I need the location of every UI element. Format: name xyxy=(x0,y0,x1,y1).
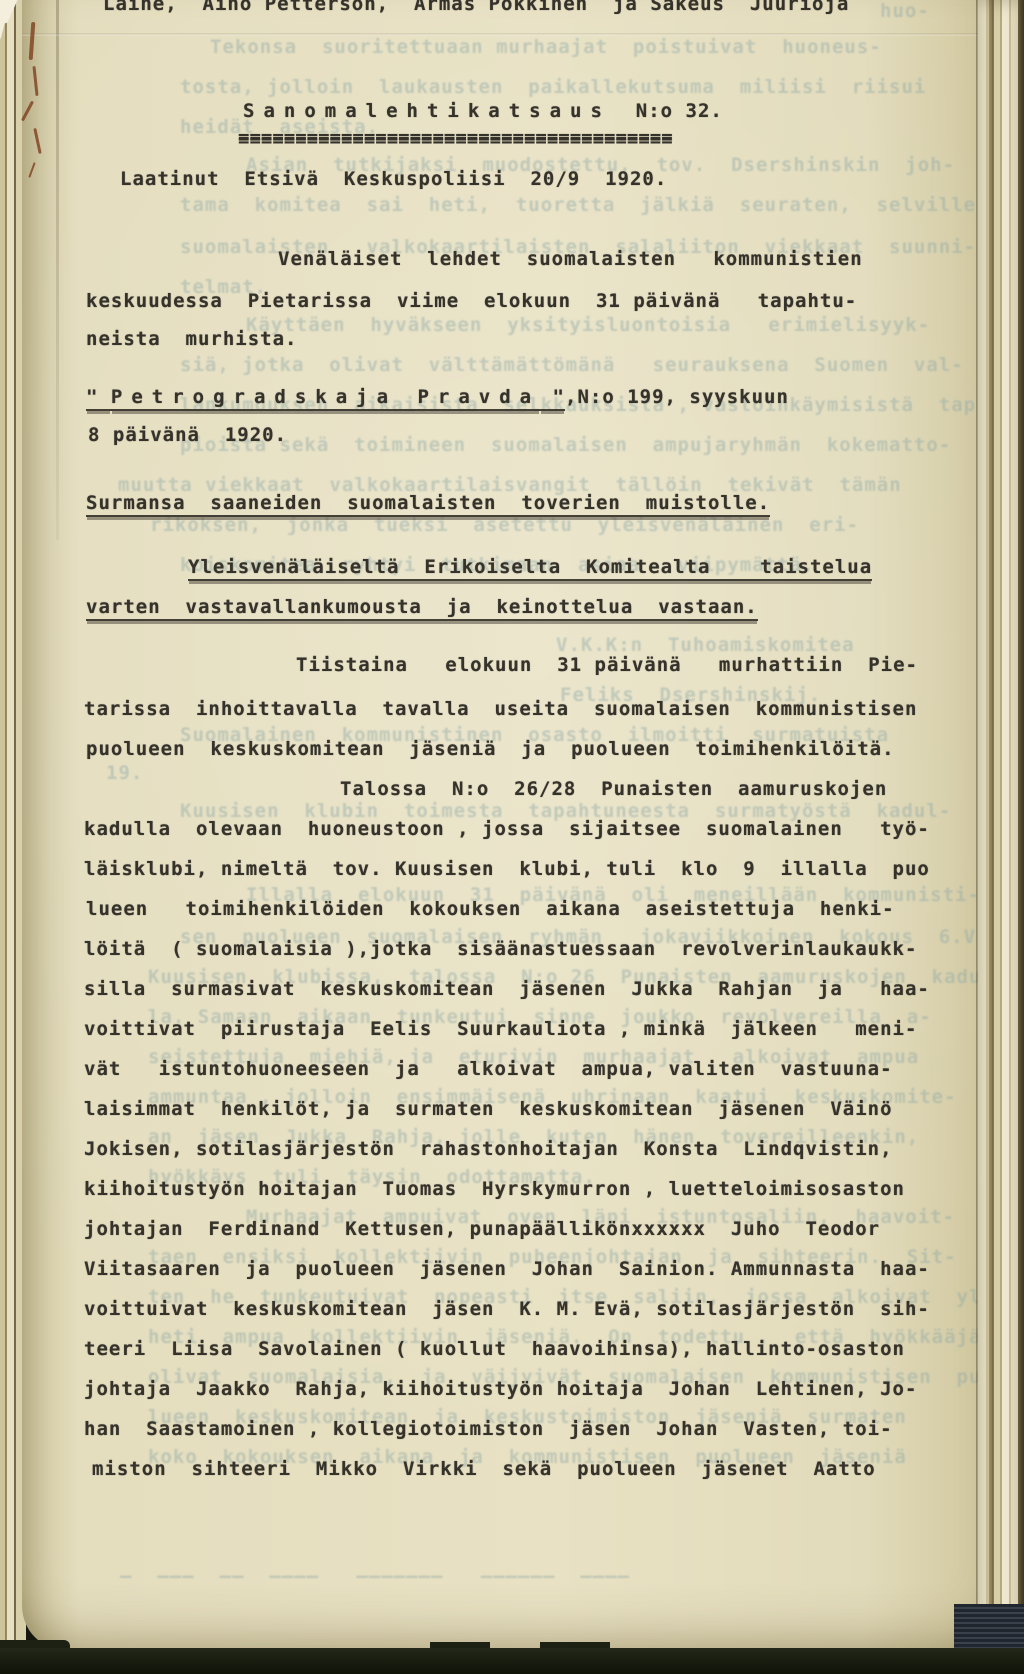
typed-text-layer: Laine, Aino Petterson, Armas Pokkinen ja… xyxy=(0,0,1024,1674)
text-run: ,N:o 199, syyskuun xyxy=(565,386,789,408)
text-run: tarissa inhoittavalla tavalla useita suo… xyxy=(84,698,917,720)
text-run: han Saastamoinen , kollegiotoimiston jäs… xyxy=(84,1418,893,1440)
text-run: ====================================== xyxy=(238,126,673,148)
typed-line: Venäläiset lehdet suomalaisten kommunist… xyxy=(278,248,863,272)
text-run: Venäläiset lehdet suomalaisten kommunist… xyxy=(278,248,863,270)
typed-line: voittuivat keskuskomitean jäsen K. M. Ev… xyxy=(84,1298,930,1322)
text-run: Tiistaina elokuun 31 päivänä murhattiin … xyxy=(296,654,918,676)
text-run: voittuivat keskuskomitean jäsen K. M. Ev… xyxy=(84,1298,930,1320)
text-run: laisimmat henkilöt, ja surmaten keskusko… xyxy=(84,1098,893,1120)
typed-line: Surmansa saaneiden suomalaisten toverien… xyxy=(86,492,770,516)
text-run: vät istuntohuoneeseen ja alkoivat ampua,… xyxy=(84,1058,893,1080)
text-run: läisklubi, nimeltä tov. Kuusisen klubi, … xyxy=(84,858,930,880)
text-run: kiihoitustyön hoitajan Tuomas Hyrskymurr… xyxy=(84,1178,905,1200)
typed-line: tarissa inhoittavalla tavalla useita suo… xyxy=(84,698,917,722)
typed-line: 8 päivänä 1920. xyxy=(88,424,287,448)
text-run: lueen toimihenkilöiden kokouksen aikana … xyxy=(86,898,895,920)
typed-line: " Petrogradskaja Pravda ",N:o 199, syysk… xyxy=(86,386,789,410)
typed-line: kadulla olevaan huoneustoon , jossa sija… xyxy=(84,818,930,842)
typed-line: Talossa N:o 26/28 Punaisten aamuruskojen xyxy=(340,778,887,802)
text-run: Yleisvenäläiseltä Erikoiselta Komitealta… xyxy=(188,556,872,581)
text-run: neista murhista. xyxy=(86,328,297,350)
typed-line: lueen toimihenkilöiden kokouksen aikana … xyxy=(86,898,895,922)
text-run: " xyxy=(540,386,565,411)
typed-line: varten vastavallankumousta ja keinottelu… xyxy=(86,596,758,620)
scanned-document: huo-Tekonsa suoritettuaan murhaajat pois… xyxy=(0,0,1024,1674)
text-run: N:o 32. xyxy=(611,100,723,122)
text-run: Laatinut Etsivä Keskuspoliisi 20/9 1920. xyxy=(120,168,667,190)
typed-line: johtajan Ferdinand Kettusen, punapäällik… xyxy=(84,1218,880,1242)
page-stack-right xyxy=(976,0,1024,1674)
typed-line: neista murhista. xyxy=(86,328,297,352)
typed-line: voittivat piirustaja Eelis Suurkauliota … xyxy=(84,1018,917,1042)
typed-line: vät istuntohuoneeseen ja alkoivat ampua,… xyxy=(84,1058,893,1082)
typed-line: keskuudessa Pietarissa viime elokuun 31 … xyxy=(86,290,857,314)
typed-line: johtaja Jaakko Rahja, kiihoitustyön hoit… xyxy=(84,1378,917,1402)
typed-line: puolueen keskuskomitean jäseniä ja puolu… xyxy=(86,738,895,762)
typed-line: Yleisvenäläiseltä Erikoiselta Komitealta… xyxy=(188,556,872,580)
typed-line: läisklubi, nimeltä tov. Kuusisen klubi, … xyxy=(84,858,930,882)
typed-line: Sanomalehtikatsaus N:o 32. xyxy=(243,100,723,124)
text-run: 8 päivänä 1920. xyxy=(88,424,287,446)
typed-line: Jokisen, sotilasjärjestön rahastonhoitaj… xyxy=(84,1138,893,1162)
typed-line: teeri Liisa Savolainen ( kuollut haavoih… xyxy=(84,1338,905,1362)
typed-line: ====================================== xyxy=(238,126,673,150)
text-run: puolueen keskuskomitean jäseniä ja puolu… xyxy=(86,738,895,760)
text-run: Sanomalehtikatsaus xyxy=(243,100,611,122)
text-run: Petrogradskaja Pravda xyxy=(111,386,540,411)
text-run: " xyxy=(86,386,111,411)
text-run: silla surmasivat keskuskomitean jäsenen … xyxy=(84,978,930,1000)
scan-bottom-edge xyxy=(0,1648,1024,1674)
text-run: kadulla olevaan huoneustoon , jossa sija… xyxy=(84,818,930,840)
text-run: Laine, Aino Petterson, Armas Pokkinen ja… xyxy=(103,0,849,15)
text-run: voittivat piirustaja Eelis Suurkauliota … xyxy=(84,1018,917,1040)
text-run: Talossa N:o 26/28 Punaisten aamuruskojen xyxy=(340,778,887,800)
typed-line: Laine, Aino Petterson, Armas Pokkinen ja… xyxy=(103,0,849,17)
typed-line: löitä ( suomalaisia ),jotka sisäänastues… xyxy=(84,938,917,962)
text-run: Surmansa saaneiden suomalaisten toverien… xyxy=(86,492,770,517)
text-run: Jokisen, sotilasjärjestön rahastonhoitaj… xyxy=(84,1138,893,1160)
typed-line: silla surmasivat keskuskomitean jäsenen … xyxy=(84,978,930,1002)
typed-line: Viitasaaren ja puolueen jäsenen Johan Sa… xyxy=(84,1258,930,1282)
text-run: johtajan Ferdinand Kettusen, punapäällik… xyxy=(84,1218,880,1240)
typed-line: kiihoitustyön hoitajan Tuomas Hyrskymurr… xyxy=(84,1178,905,1202)
text-run: miston sihteeri Mikko Virkki sekä puolue… xyxy=(92,1458,876,1480)
typed-line: Tiistaina elokuun 31 päivänä murhattiin … xyxy=(296,654,918,678)
text-run: johtaja Jaakko Rahja, kiihoitustyön hoit… xyxy=(84,1378,917,1400)
typed-line: miston sihteeri Mikko Virkki sekä puolue… xyxy=(92,1458,876,1482)
text-run: teeri Liisa Savolainen ( kuollut haavoih… xyxy=(84,1338,905,1360)
text-run: Viitasaaren ja puolueen jäsenen Johan Sa… xyxy=(84,1258,930,1280)
typed-line: laisimmat henkilöt, ja surmaten keskusko… xyxy=(84,1098,893,1122)
text-run: keskuudessa Pietarissa viime elokuun 31 … xyxy=(86,290,857,312)
typed-line: Laatinut Etsivä Keskuspoliisi 20/9 1920. xyxy=(120,168,667,192)
text-run: varten vastavallankumousta ja keinottelu… xyxy=(86,596,758,621)
text-run: löitä ( suomalaisia ),jotka sisäänastues… xyxy=(84,938,917,960)
typed-line: han Saastamoinen , kollegiotoimiston jäs… xyxy=(84,1418,893,1442)
